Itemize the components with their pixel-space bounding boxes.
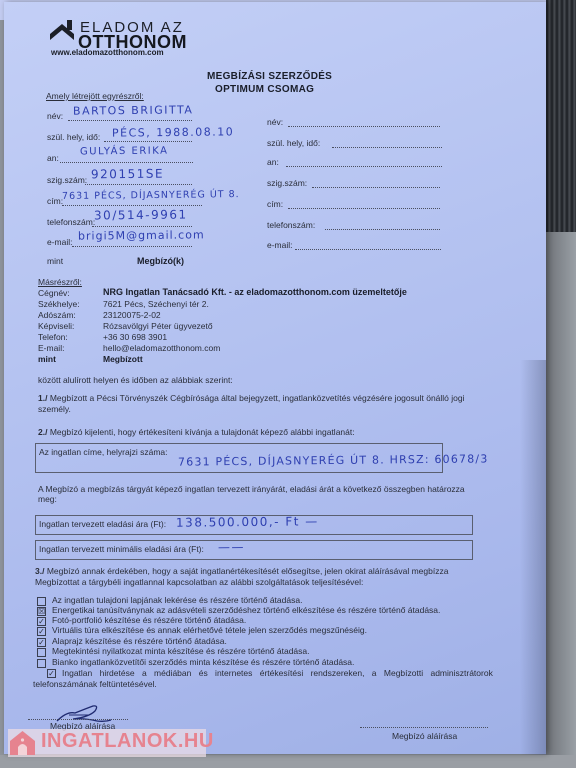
company-email: hello@eladomazotthonom.com xyxy=(103,343,220,353)
party1-phone-line xyxy=(92,226,192,227)
service-checkbox-4[interactable]: ✓ xyxy=(37,638,46,647)
paragraph-1-line1: 1./ Megbízott a Pécsi Törvényszék Cégbír… xyxy=(38,393,465,404)
intro-text: között alulírott helyen és időben az alá… xyxy=(38,375,233,386)
document-title: MEGBÍZÁSI SZERZŐDÉS xyxy=(207,71,332,82)
party1-mother-label: an: xyxy=(47,153,59,163)
party1-id-label: szig.szám: xyxy=(47,175,87,185)
paragraph-2: 2./ Megbízó kijelenti, hogy értékesíteni… xyxy=(38,427,355,438)
company-role: Megbízott xyxy=(103,354,143,364)
company-phone: +36 30 698 3901 xyxy=(103,332,167,342)
company-name: NRG Ingatlan Tanácsadó Kft. - az eladoma… xyxy=(103,287,407,297)
service-label-3: Virtuális túra elkészítése és annak elér… xyxy=(52,625,367,636)
company-rep: Rózsavölgyi Péter ügyvezető xyxy=(103,321,213,331)
party1-name-line xyxy=(68,120,192,121)
party1-id-value[interactable]: 920151SE xyxy=(91,167,164,182)
company-label-tax: Adószám: xyxy=(38,310,76,320)
company-label-name: Cégnév: xyxy=(38,288,70,298)
paper-shadow xyxy=(520,360,546,755)
company-label-phone: Telefon: xyxy=(38,332,68,342)
company-heading: Másrészről: xyxy=(38,277,82,287)
paragraph-3-line2: Megbízottat a tárgybéli ingatlannal kapc… xyxy=(35,577,363,588)
party2-id-line[interactable] xyxy=(312,187,440,188)
signature-line-right[interactable] xyxy=(360,727,488,728)
party1-name-value[interactable]: BARTOS BRIGITTA xyxy=(73,103,194,117)
document-subtitle: OPTIMUM CSOMAG xyxy=(215,84,314,95)
sale-price-label: Ingatlan tervezett eladási ára (Ft): xyxy=(39,519,166,530)
party2-birth-line[interactable] xyxy=(332,147,442,148)
service-checkbox-1[interactable]: ☒ xyxy=(37,607,46,616)
company-tax: 23120075-2-02 xyxy=(103,310,161,320)
party2-address-line[interactable] xyxy=(288,208,440,209)
company-label-rep: Képviseli: xyxy=(38,321,74,331)
party1-birth-line xyxy=(104,141,192,142)
party2-address-label: cím: xyxy=(267,199,283,209)
paragraph-3-line1: 3./ Megbízó annak érdekében, hogy a sajá… xyxy=(35,566,448,577)
house-logo-icon xyxy=(50,20,74,46)
party1-email-line xyxy=(72,246,192,247)
party2-email-label: e-mail: xyxy=(267,240,293,250)
party1-address-value[interactable]: 7631 PÉCS, DÍJASNYERÉG ÚT 8. xyxy=(62,189,240,202)
party2-mother-line[interactable] xyxy=(286,166,442,167)
party1-name-label: név: xyxy=(47,111,63,121)
price-intro-line1: A Megbízó a megbízás tárgyát képező inga… xyxy=(38,484,465,495)
party1-email-label: e-mail: xyxy=(47,237,73,247)
service-label-6: Bianko ingatlanközvetítői szerződés mint… xyxy=(52,657,354,668)
min-price-value[interactable]: —— xyxy=(218,540,245,554)
party2-id-label: szig.szám: xyxy=(267,178,307,188)
paragraph-1-text: Megbízott a Pécsi Törvényszék Cégbíróság… xyxy=(47,393,464,403)
party1-phone-value[interactable]: 30/514-9961 xyxy=(94,208,188,223)
company-mint-label: mint xyxy=(38,354,56,364)
service-checkbox-5[interactable] xyxy=(37,648,46,657)
party1-mint-label: mint xyxy=(47,256,63,266)
signature-line-left[interactable] xyxy=(28,719,128,720)
background-surface xyxy=(546,232,576,768)
party1-id-line xyxy=(85,184,192,185)
property-address-label: Az ingatlan címe, helyrajzi száma: xyxy=(39,447,168,458)
background-fabric xyxy=(546,0,576,232)
party1-heading: Amely létrejött egyrészről: xyxy=(46,91,144,101)
service-checkbox-6[interactable] xyxy=(37,659,46,668)
company-label-email: E-mail: xyxy=(38,343,64,353)
service-checkbox-7[interactable]: ✓ xyxy=(47,669,56,678)
paragraph-1-line2: személy. xyxy=(38,404,71,415)
party2-phone-line[interactable] xyxy=(325,229,440,230)
party2-phone-label: telefonszám: xyxy=(267,220,315,230)
service-checkbox-3[interactable]: ✓ xyxy=(37,627,46,636)
party1-mother-line xyxy=(60,162,193,163)
service-label-7: Ingatlan hirdetése a médiában és interne… xyxy=(62,668,493,679)
party1-role: Megbízó(k) xyxy=(137,256,184,266)
service-label-7-cont: telefonszámának feltüntetésével. xyxy=(33,679,157,690)
company-label-seat: Székhelye: xyxy=(38,299,80,309)
party1-address-label: cím: xyxy=(47,196,63,206)
min-price-label: Ingatlan tervezett minimális eladási ára… xyxy=(39,544,204,555)
party2-name-line[interactable] xyxy=(288,126,440,127)
ingatlanok-house-icon xyxy=(10,731,35,755)
watermark-text: INGATLANOK.HU xyxy=(41,730,214,753)
party1-email-value[interactable]: brigi5M@gmail.com xyxy=(78,228,205,242)
party2-email-line[interactable] xyxy=(295,249,441,250)
paragraph-2-text: Megbízó kijelenti, hogy értékesíteni kív… xyxy=(47,427,354,437)
party1-birth-label: szül. hely, idő: xyxy=(47,132,100,142)
sale-price-value[interactable]: 138.500.000,- Ft — xyxy=(176,514,319,529)
service-checkbox-0[interactable] xyxy=(37,597,46,606)
party1-address-line xyxy=(62,205,202,206)
service-label-5: Megtekintési nyilatkozat minta készítése… xyxy=(52,646,310,657)
party1-phone-label: telefonszám: xyxy=(47,217,95,227)
signature-label-right: Megbízó aláírása xyxy=(392,731,457,742)
party1-birth-value[interactable]: PÉCS, 1988.08.10 xyxy=(112,125,234,139)
party1-mother-value[interactable]: GULYÁS ERIKA xyxy=(80,146,169,158)
party2-mother-label: an: xyxy=(267,157,279,167)
party2-name-label: név: xyxy=(267,117,283,127)
company-seat: 7621 Pécs, Széchenyi tér 2. xyxy=(103,299,209,309)
paragraph-3-text: Megbízó annak érdekében, hogy a saját in… xyxy=(44,566,448,576)
price-intro-line2: meg: xyxy=(38,494,57,505)
party2-birth-label: szül. hely, idő: xyxy=(267,138,320,148)
logo-url: www.eladomazotthonom.com xyxy=(51,48,164,57)
service-checkbox-2[interactable]: ✓ xyxy=(37,617,46,626)
